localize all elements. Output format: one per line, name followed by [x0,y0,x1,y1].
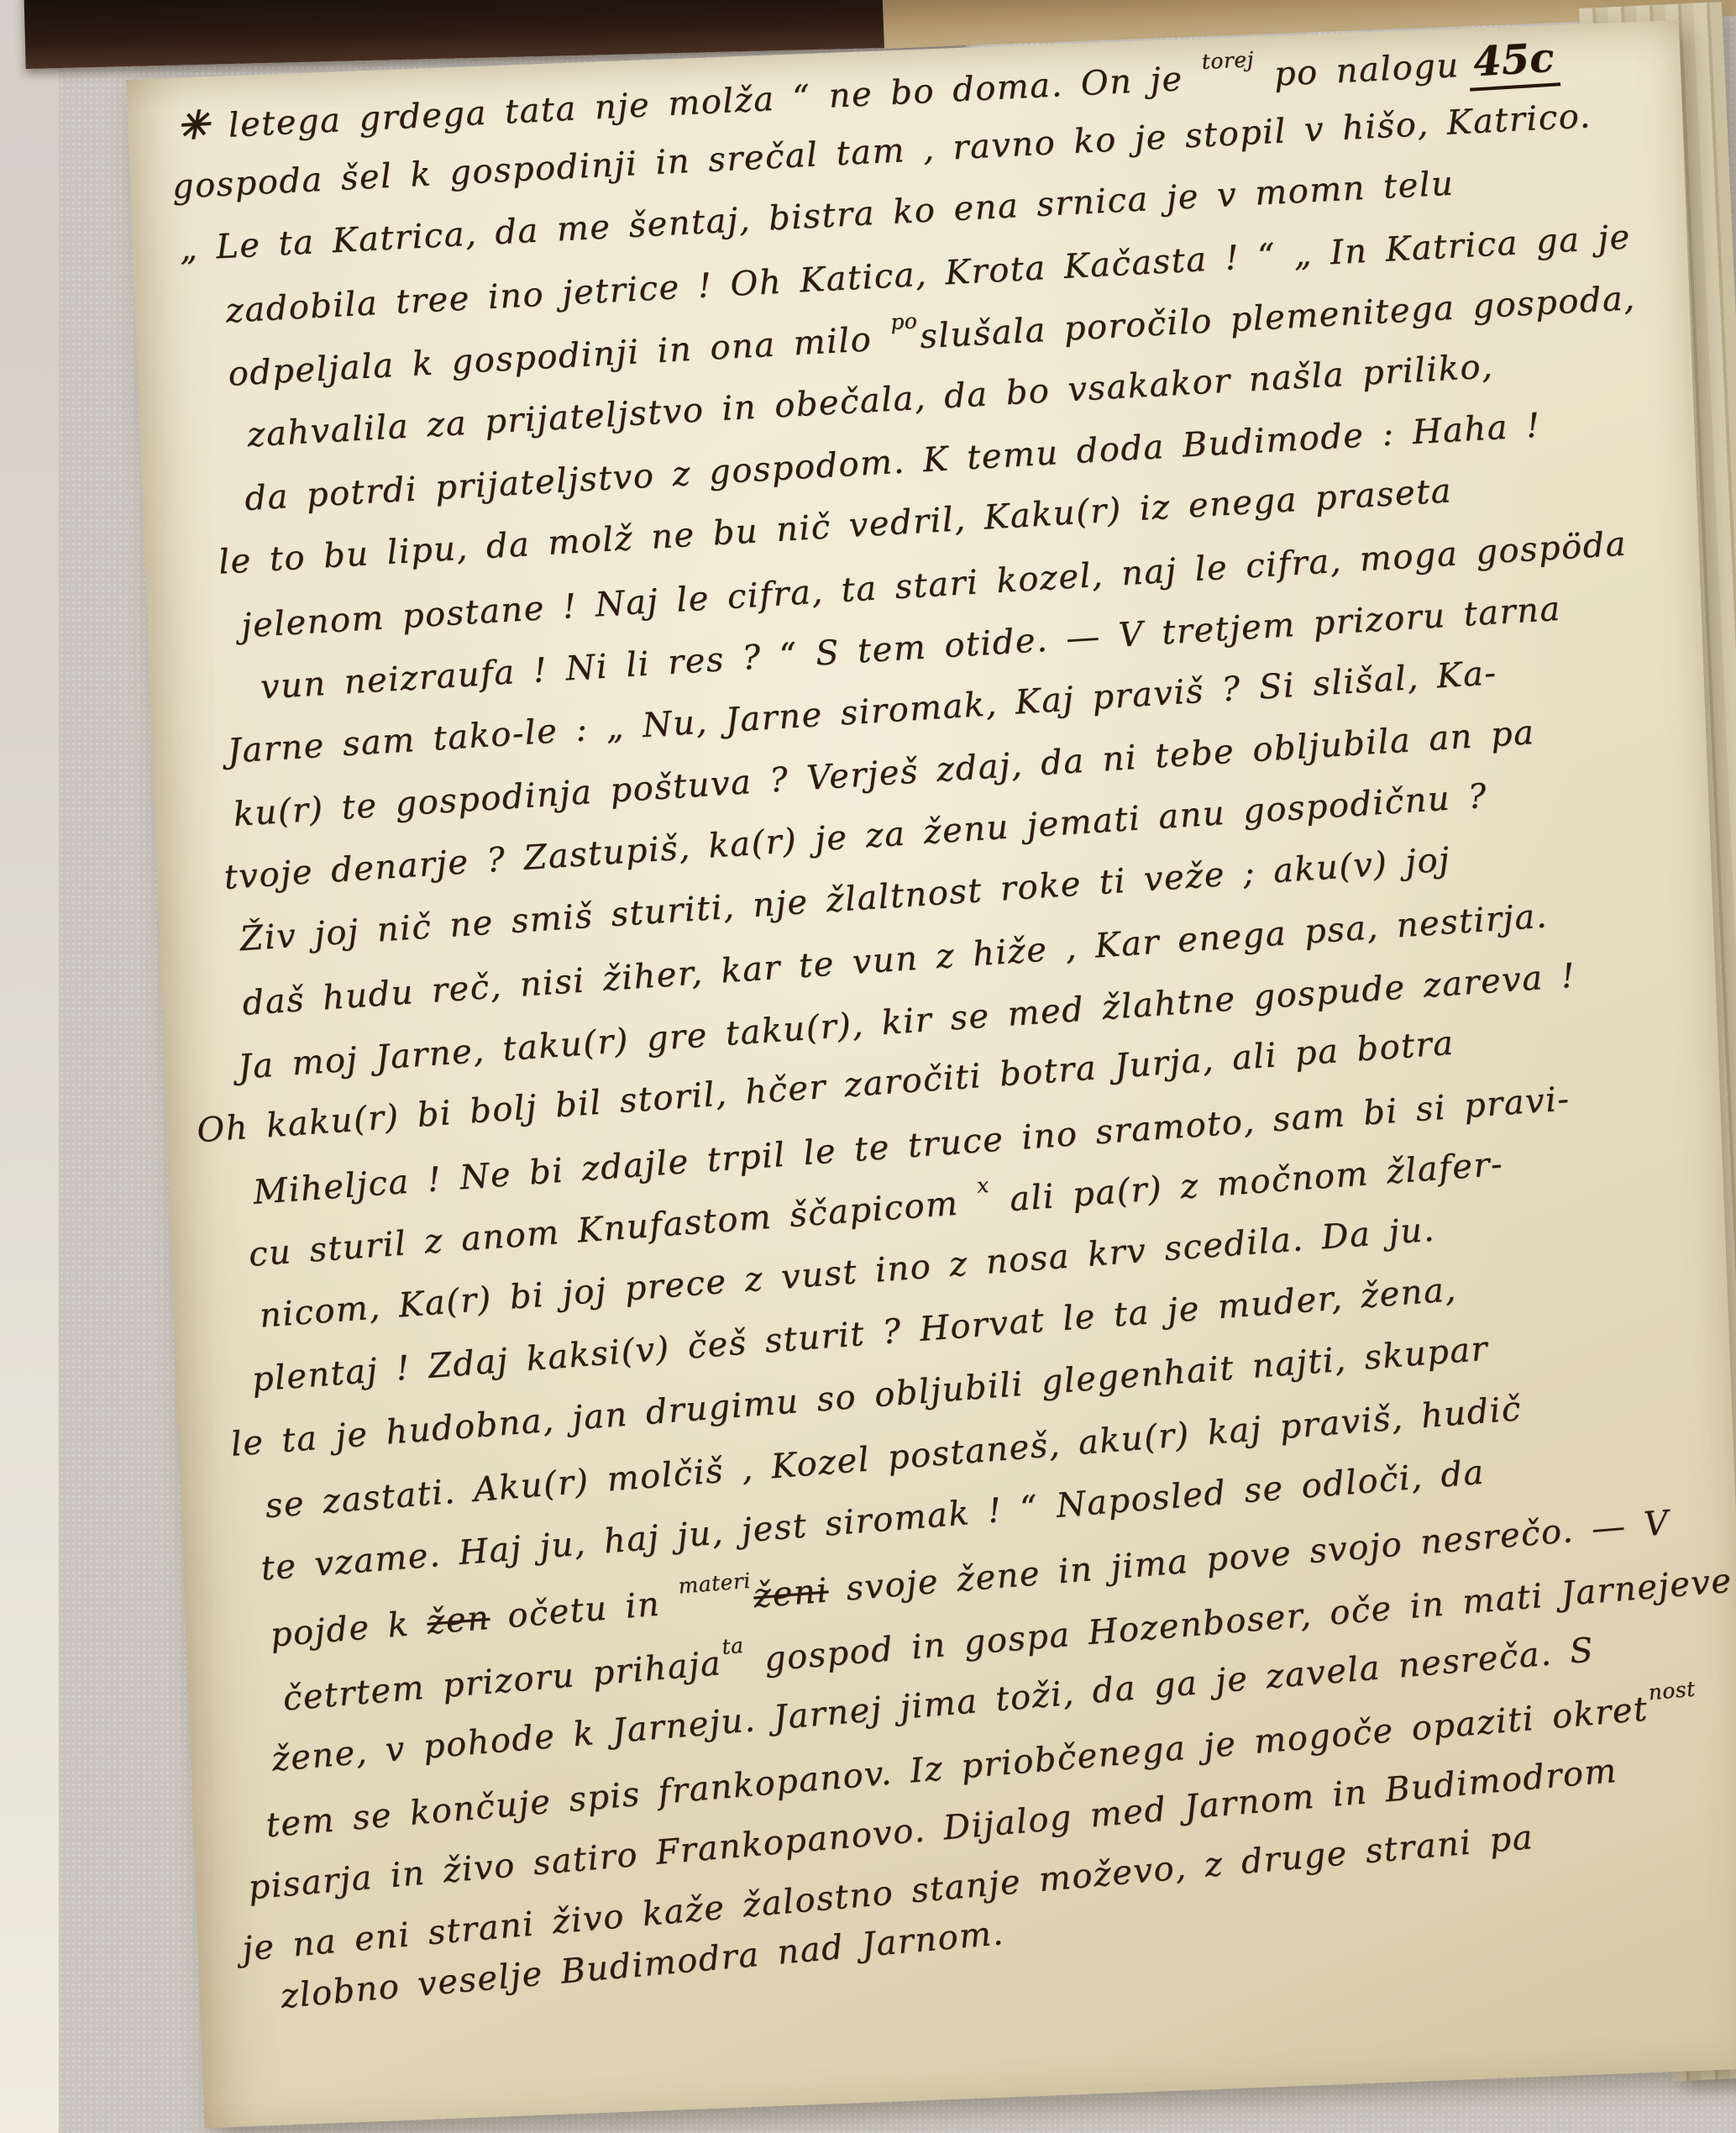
interlinear-insertion: torej [1201,49,1254,72]
line-text: četrtem prizoru prihaja [281,1644,723,1719]
interlinear-insertion: po [890,310,918,333]
interlinear-insertion: nost [1648,1679,1697,1704]
manuscript-text: ✳ letega grdega tata nje molža “ ne bo d… [126,20,1736,2128]
interlinear-insertion: x [976,1174,989,1196]
facing-page-edge [0,0,59,2133]
interlinear-insertion: materi [678,1570,752,1597]
line-text: slušala poročilo plemenitega gospoda, [919,279,1636,356]
struck-word: žen [426,1599,491,1642]
marginal-mark: ✳ [176,101,229,149]
line-text: odpeljala k gospodinji in ona milo [227,319,890,394]
manuscript-scan: 45c ✳ letega grdega tata nje molža “ ne … [0,0,1736,2133]
interlinear-insertion: ta [721,1635,744,1658]
line-text: pojde k [269,1604,428,1655]
manuscript-page: 45c ✳ letega grdega tata nje molža “ ne … [126,20,1736,2128]
line-text: ali pa(r) z močnom žlafer- [990,1145,1504,1221]
line-text: očetu in [488,1584,679,1637]
struck-word: ženi [752,1571,830,1616]
line-text: po nalogu [1256,46,1461,95]
